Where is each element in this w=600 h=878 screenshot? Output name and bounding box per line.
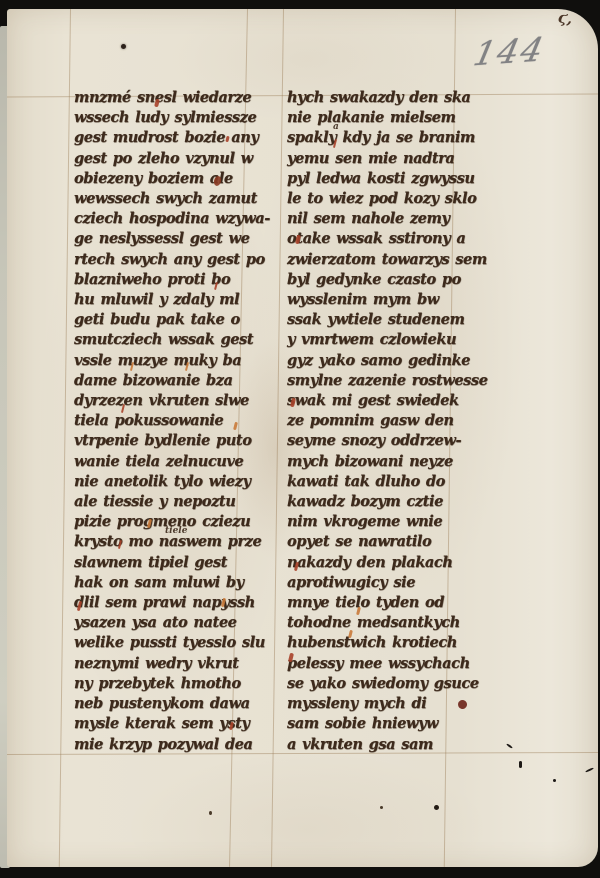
text-line: nil sem nahole zemy (287, 209, 483, 229)
text-line: yemu sen mie nadtra (287, 149, 483, 169)
text-line: gest po zleho vzynul w (74, 149, 266, 169)
text-line: ssak ywtiele studenem (287, 310, 483, 330)
text-line: obiezeny boziem ale (74, 169, 266, 189)
manuscript-page: 144 ϛ, mnzmé snesl wiedarzewssech ludy s… (7, 9, 598, 867)
text-line: nim vkrogeme wnie (287, 512, 483, 532)
text-line: mie krzyp pozywal dea (74, 735, 266, 755)
text-column-left: mnzmé snesl wiedarzewssech ludy sylmiess… (74, 88, 266, 755)
text-line: nie plakanie mielsem (287, 108, 483, 128)
text-line: nakazdy den plakach (287, 553, 483, 573)
text-line: dame bizowanie bza (74, 371, 266, 391)
text-line: rtech swych any gest po (74, 250, 266, 270)
ink-speck (209, 811, 212, 815)
text-line: nie anetolik tylo wiezy (74, 472, 266, 492)
ink-speck (585, 767, 594, 773)
text-line: slawnem tipiel gest (74, 553, 266, 573)
text-line: hubenstwich krotiech (287, 633, 483, 653)
text-line: zwierzatom towarzys sem (287, 250, 483, 270)
text-line: wanie tiela zelnucuve (74, 452, 266, 472)
text-line: opyet se nawratilo (287, 532, 483, 552)
text-line: spakly kdy ja se branim (287, 128, 483, 148)
corner-ink-mark: ϛ, (557, 10, 573, 27)
text-line: ale tiessie y nepoztu (74, 492, 266, 512)
text-line: blazniweho proti bo (74, 270, 266, 290)
text-line: dyrzezen vkruten slwe (74, 391, 266, 411)
text-line: smylne zazenie rostwesse (287, 371, 483, 391)
text-line: tiela pokussowanie (74, 411, 266, 431)
text-line: kawati tak dluho do (287, 472, 483, 492)
text-line: vssle muzye muky ba (74, 351, 266, 371)
ruling-line-left-margin (59, 9, 71, 867)
text-line: dlil sem prawi napyssh (74, 593, 266, 613)
text-line: geti budu pak take o (74, 310, 266, 330)
text-line: myssleny mych di (287, 694, 483, 714)
folio-number: 144 (471, 33, 548, 71)
ruling-line-col2-left (271, 9, 284, 867)
text-line: neznymi wedry vkrut (74, 654, 266, 674)
text-line: hych swakazdy den ska (287, 88, 483, 108)
text-line: y vmrtwem czlowieku (287, 330, 483, 350)
text-line: gyz yako samo gedinke (287, 351, 483, 371)
text-line: kawadz bozym cztie (287, 492, 483, 512)
text-line: mnzmé snesl wiedarze (74, 88, 266, 108)
ink-speck (506, 743, 513, 749)
text-line: neb pustenykom dawa (74, 694, 266, 714)
text-line: aprotiwugicy sie (287, 573, 483, 593)
text-line: otake wssak sstirony a (287, 229, 483, 249)
text-line: cziech hospodina wzywa- (74, 209, 266, 229)
text-line: pelessy mee wssychach (287, 654, 483, 674)
text-line: tohodne medsantkych (287, 613, 483, 633)
text-line: hu mluwil y zdaly ml (74, 290, 266, 310)
text-line: a vkruten gsa sam (287, 735, 483, 755)
ink-speck (519, 761, 522, 768)
text-line: mnye tielo tyden od (287, 593, 483, 613)
text-line: hak on sam mluwi by (74, 573, 266, 593)
interlinear-gloss: tiele (165, 527, 187, 536)
text-line: se yako swiedomy gsuce (287, 674, 483, 694)
text-line: wewssech swych zamut (74, 189, 266, 209)
photo-backdrop: 144 ϛ, mnzmé snesl wiedarzewssech ludy s… (0, 0, 600, 878)
ink-speck (553, 779, 556, 782)
text-line: byl gedynke czasto po (287, 270, 483, 290)
text-line: swak mi gest swiedek (287, 391, 483, 411)
text-line: le to wiez pod kozy sklo (287, 189, 483, 209)
text-line: gest mudrost bozie any (74, 128, 266, 148)
text-line: sam sobie hniewyw (287, 714, 483, 734)
text-line: mysle kterak sem ysty (74, 714, 266, 734)
interlinear-gloss: a (333, 123, 339, 132)
text-line: ze pomnim gasw den (287, 411, 483, 431)
text-line: seyme snozy oddrzew- (287, 431, 483, 451)
text-column-right: hych swakazdy den skanie plakanie mielse… (287, 88, 483, 755)
text-line: wssech ludy sylmiessze (74, 108, 266, 128)
text-line: wysslenim mym bw (287, 290, 483, 310)
text-line: ysazen ysa ato natee (74, 613, 266, 633)
text-line: mych bizowani neyze (287, 452, 483, 472)
text-line: ge neslyssessl gest we (74, 229, 266, 249)
text-line: welike pussti tyesslo slu (74, 633, 266, 653)
wormhole-dot (121, 44, 126, 49)
ink-speck (380, 806, 383, 809)
text-line: vtrpenie bydlenie puto (74, 431, 266, 451)
text-line: pyl ledwa kosti zgwyssu (287, 169, 483, 189)
text-line: ny przebytek hmotho (74, 674, 266, 694)
ink-speck (434, 805, 439, 810)
text-line: smutcziech wssak gest (74, 330, 266, 350)
